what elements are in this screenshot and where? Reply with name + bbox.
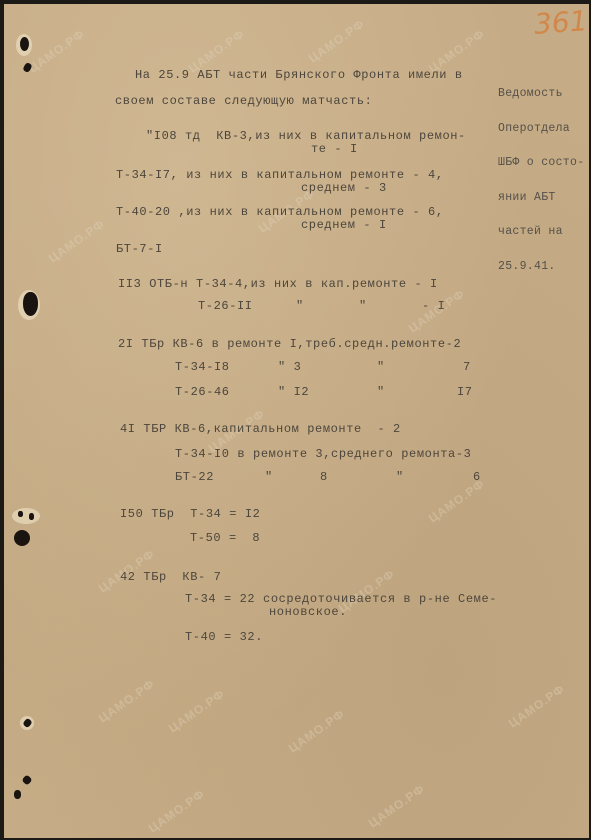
unit-108-t40-medium: среднем - I bbox=[301, 218, 387, 232]
unit-108-t34: Т-34-I7, из них в капитальном ремонте - … bbox=[116, 168, 444, 182]
side-note-line: 25.9.41. bbox=[498, 261, 584, 273]
unit-41-bt-value: 6 bbox=[473, 470, 481, 484]
unit-42-line-3: ноновское. bbox=[269, 605, 347, 619]
ditto-mark: " bbox=[377, 385, 385, 399]
side-note-line: ШБФ о состо- bbox=[498, 157, 584, 169]
watermark: ЦАМО.РФ bbox=[146, 787, 207, 836]
punch-hole bbox=[18, 511, 23, 517]
side-note-line: янии АБТ bbox=[498, 192, 584, 204]
side-note-line: Оперотдела bbox=[498, 123, 584, 135]
archival-document-page: ЦАМО.РФ ЦАМО.РФ ЦАМО.РФ ЦАМО.РФ ЦАМО.РФ … bbox=[4, 4, 589, 838]
unit-108-line-1: "I08 тд КВ-3,из них в капитальном ремон- bbox=[146, 129, 466, 143]
unit-41-line-1: 4I ТБР КВ-6,капитальном ремонте - 2 bbox=[120, 422, 401, 436]
unit-108-line-2: те - I bbox=[311, 142, 358, 156]
unit-21-t26: Т-26-46 bbox=[175, 385, 230, 399]
watermark: ЦАМО.РФ bbox=[96, 677, 157, 726]
ditto-mark: " bbox=[377, 360, 385, 374]
watermark: ЦАМО.РФ bbox=[26, 27, 87, 76]
unit-41-bt-repair: 8 bbox=[320, 470, 328, 484]
unit-21-t34-value: 7 bbox=[463, 360, 471, 374]
ditto-mark: " bbox=[396, 470, 404, 484]
unit-113-line-1: II3 ОТБ-н Т-34-4,из них в кап.ремонте - … bbox=[118, 277, 438, 291]
unit-150-line-1: I50 ТБр Т-34 = I2 bbox=[120, 507, 260, 521]
unit-113-t26-value: - I bbox=[422, 299, 445, 313]
side-note: Ведомость Оперотдела ШБФ о состо- янии А… bbox=[498, 65, 584, 295]
intro-line-1: На 25.9 АБТ части Брянского Фронта имели… bbox=[135, 68, 463, 82]
unit-42-line-1: 42 ТБр КВ- 7 bbox=[120, 570, 221, 584]
watermark: ЦАМО.РФ bbox=[366, 782, 427, 831]
unit-41-bt: БТ-22 bbox=[175, 470, 214, 484]
unit-42-line-4: Т-40 = 32. bbox=[185, 630, 263, 644]
unit-41-line-2: Т-34-I0 в ремонте 3,среднего ремонта-3 bbox=[175, 447, 471, 461]
unit-21-t26-value: I7 bbox=[457, 385, 473, 399]
unit-21-line-1: 2I ТБр КВ-6 в ремонте I,треб.средн.ремон… bbox=[118, 337, 461, 351]
punch-hole bbox=[20, 37, 29, 51]
unit-42-line-2: Т-34 = 22 сосредоточивается в р-не Семе- bbox=[185, 592, 497, 606]
watermark: ЦАМО.РФ bbox=[306, 17, 367, 66]
ditto-mark: " bbox=[265, 470, 273, 484]
watermark: ЦАМО.РФ bbox=[46, 217, 107, 266]
unit-108-t40: Т-40-20 ,из них в капитальном ремонте - … bbox=[116, 205, 444, 219]
watermark: ЦАМО.РФ bbox=[166, 687, 227, 736]
ditto-mark: " bbox=[296, 299, 304, 313]
unit-21-t34: Т-34-I8 bbox=[175, 360, 230, 374]
ditto-mark: " bbox=[359, 299, 367, 313]
side-note-line: Ведомость bbox=[498, 88, 584, 100]
punch-hole bbox=[23, 292, 38, 316]
watermark: ЦАМО.РФ bbox=[286, 707, 347, 756]
unit-108-bt7: БТ-7-I bbox=[116, 242, 163, 256]
punch-hole-shade bbox=[12, 508, 40, 524]
folio-number: 361 bbox=[533, 4, 589, 41]
watermark: ЦАМО.РФ bbox=[506, 682, 567, 731]
punch-hole bbox=[14, 530, 30, 546]
unit-21-t26-repair: " I2 bbox=[278, 385, 309, 399]
side-note-line: частей на bbox=[498, 226, 584, 238]
punch-hole bbox=[14, 790, 21, 799]
unit-113-t26: Т-26-II bbox=[198, 299, 253, 313]
punch-hole bbox=[21, 774, 32, 785]
unit-150-line-2: Т-50 = 8 bbox=[190, 531, 260, 545]
intro-line-2: своем составе следующую матчасть: bbox=[115, 94, 372, 108]
unit-21-t34-repair: " 3 bbox=[278, 360, 301, 374]
punch-hole bbox=[29, 513, 34, 520]
unit-108-t34-medium: среднем - 3 bbox=[301, 181, 387, 195]
